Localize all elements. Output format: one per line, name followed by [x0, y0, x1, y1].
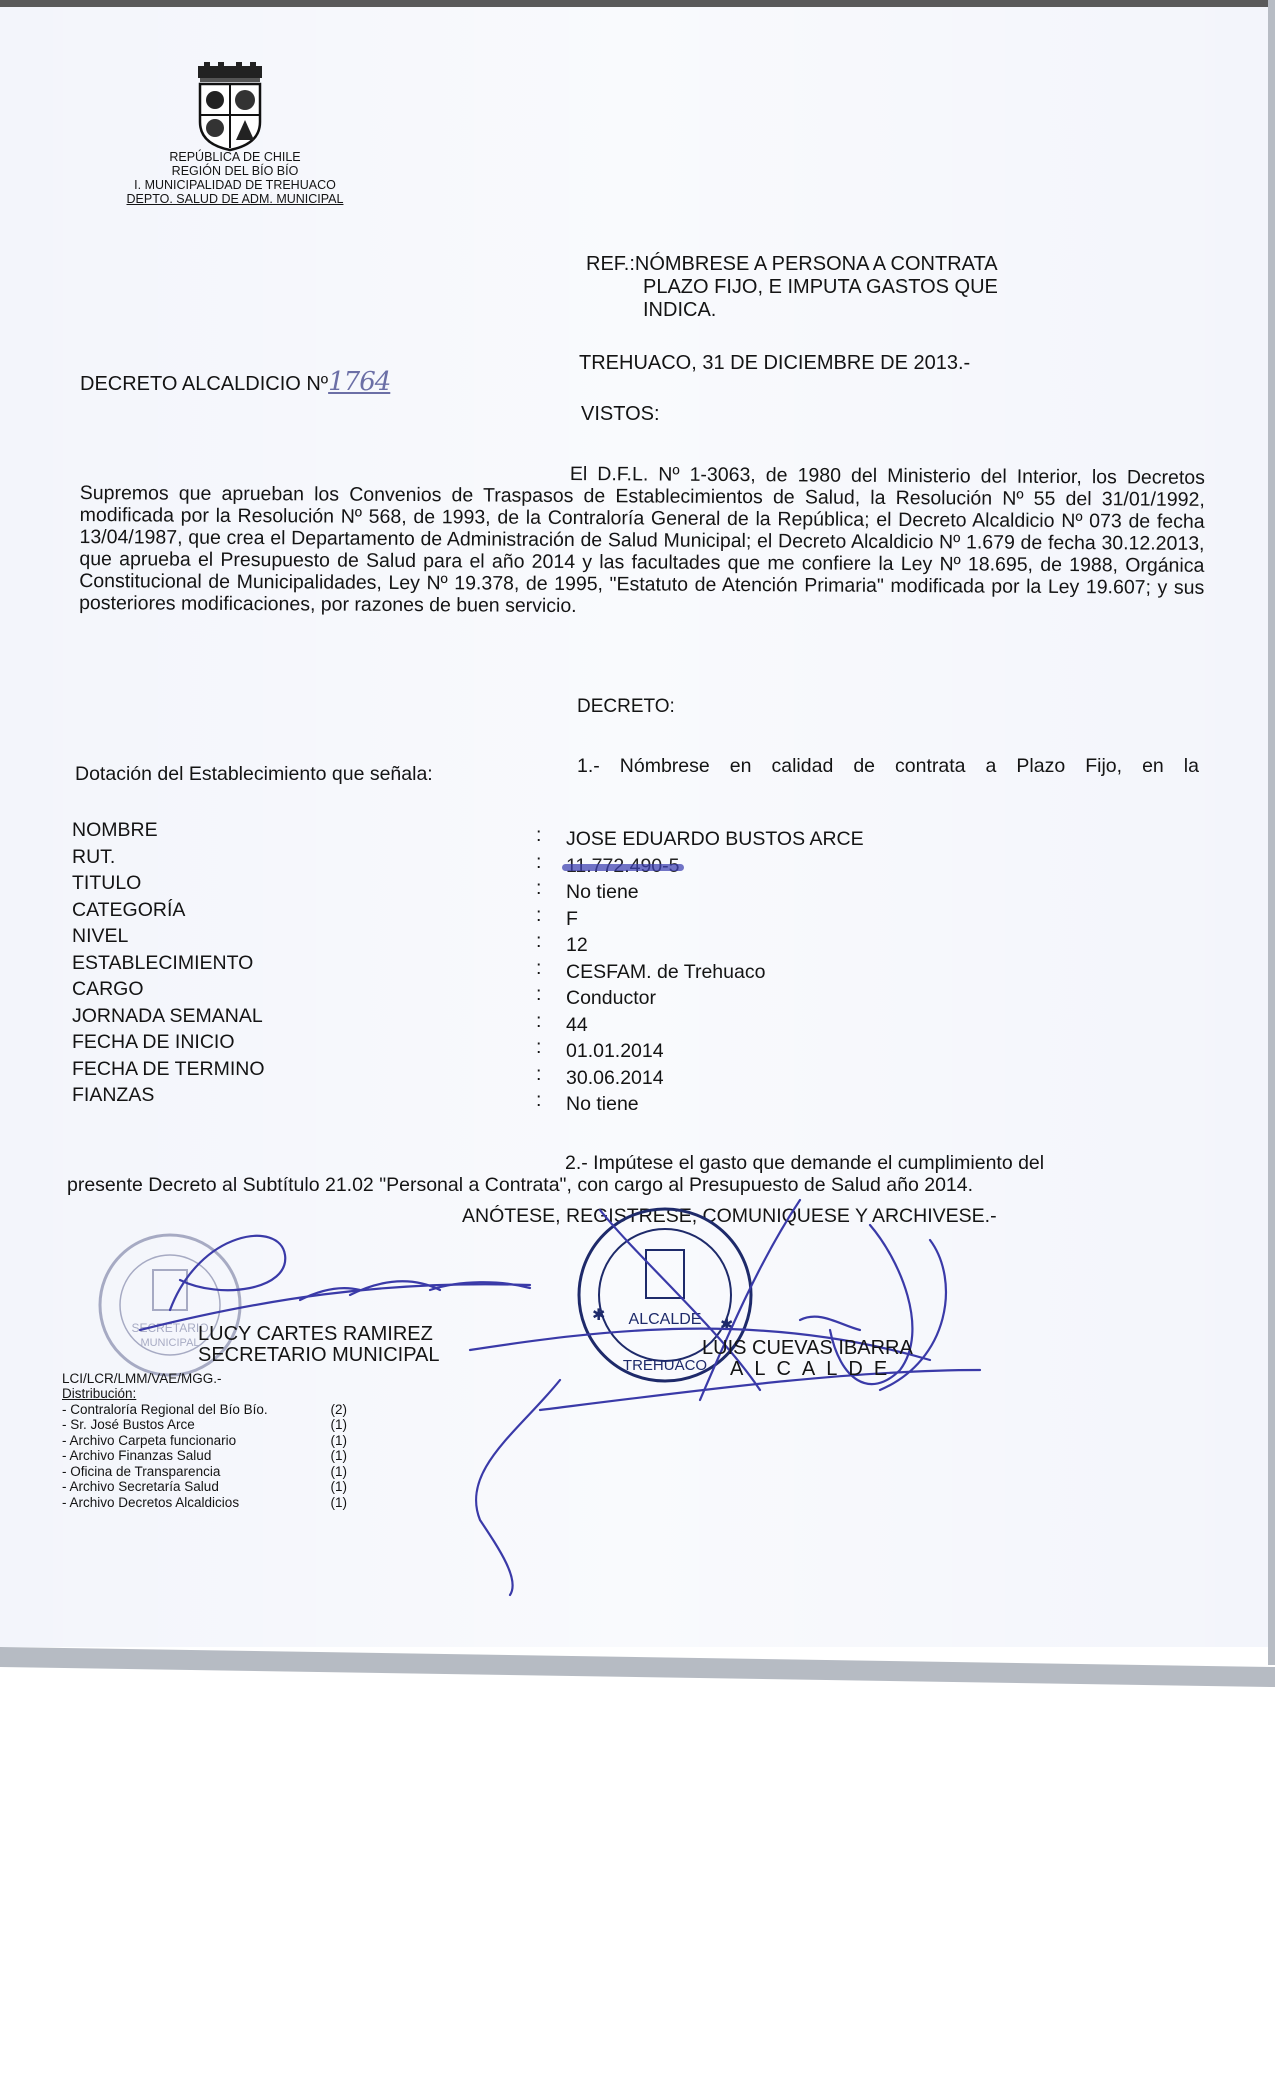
field-value-rut-redacted: 11.772.490-5	[566, 855, 680, 877]
recipient: - Sr. José Bustos Arce	[62, 1417, 195, 1433]
recipient: - Archivo Carpeta funcionario	[62, 1433, 236, 1449]
field-label: CATEGORÍA	[72, 897, 265, 924]
article-2: 2.- Impútese el gasto que demande el cum…	[67, 1152, 1197, 1196]
vistos-text: El D.F.L. Nº 1-3063, de 1980 del Ministe…	[79, 463, 1205, 617]
field-value-end-date: 30.06.2014	[566, 1065, 864, 1092]
ref-line: PLAZO FIJO, E IMPUTA GASTOS QUE	[586, 276, 1106, 299]
recipient: - Archivo Finanzas Salud	[62, 1448, 211, 1464]
fields-labels: NOMBRE RUT. TITULO CATEGORÍA NIVEL ESTAB…	[72, 817, 265, 1109]
fields-values: JOSE EDUARDO BUSTOS ARCE 11.772.490-5 No…	[566, 826, 864, 1118]
distribution-title: Distribución:	[62, 1386, 347, 1402]
article-1-text: 1.- Nómbrese en calidad de contrata a Pl…	[577, 755, 1199, 778]
scan-edge-top	[0, 0, 1275, 7]
header-department: DEPTO. SALUD DE ADM. MUNICIPAL	[115, 192, 355, 206]
field-value-title: No tiene	[566, 879, 864, 906]
distribution-list: Distribución: - Contraloría Regional del…	[62, 1386, 347, 1510]
field-value-establishment: CESFAM. de Trehuaco	[566, 959, 864, 986]
fields-separators: :::::::::::	[536, 822, 541, 1114]
scan-edge-right	[1268, 0, 1275, 1665]
copies: (1)	[331, 1448, 348, 1464]
mayor-title: ALCALDE	[702, 1359, 913, 1380]
decree-number-handwritten: 1764	[328, 367, 390, 397]
field-label: RUT.	[72, 844, 265, 871]
svg-text:ALCALDE: ALCALDE	[629, 1311, 702, 1328]
distribution-item: - Archivo Secretaría Salud(1)	[62, 1479, 347, 1495]
article-2-line: 2.- Impútese el gasto que demande el cum…	[565, 1152, 1044, 1174]
mayor-signature-block: LUIS CUEVAS IBARRA ALCALDE	[702, 1338, 913, 1380]
scan-edge-bottom	[0, 1647, 1275, 1687]
header-line: REPÚBLICA DE CHILE	[115, 150, 355, 164]
svg-text:SECRETARIO: SECRETARIO	[131, 1321, 208, 1335]
drafter-initials: LCI/LCR/LMM/VAE/MGG.-	[62, 1371, 222, 1386]
copies: (1)	[331, 1479, 348, 1495]
secretary-signature-block: LUCY CARTES RAMIREZ SECRETARIO MUNICIPAL	[198, 1324, 440, 1366]
municipal-coat-of-arms-icon	[190, 60, 270, 152]
field-label: JORNADA SEMANAL	[72, 1003, 265, 1030]
field-value-position: Conductor	[566, 985, 864, 1012]
field-value-category: F	[566, 906, 864, 933]
field-value-name: JOSE EDUARDO BUSTOS ARCE	[566, 826, 864, 853]
dotacion-text: Dotación del Establecimiento que señala:	[75, 763, 433, 786]
recipient: - Archivo Decretos Alcaldicios	[62, 1495, 239, 1511]
decree-number: DECRETO ALCALDICIO Nº1764	[80, 367, 390, 397]
ref-line: INDICA.	[586, 299, 1106, 322]
decree-number-label: DECRETO ALCALDICIO Nº	[80, 373, 328, 395]
recipient: - Contraloría Regional del Bío Bío.	[62, 1402, 268, 1418]
field-value-bonds: No tiene	[566, 1091, 864, 1118]
distribution-item: - Archivo Finanzas Salud(1)	[62, 1448, 347, 1464]
distribution-item: - Archivo Decretos Alcaldicios(1)	[62, 1495, 347, 1511]
distribution-item: - Oficina de Transparencia(1)	[62, 1464, 347, 1480]
copies: (1)	[331, 1495, 348, 1511]
field-label: FECHA DE INICIO	[72, 1029, 265, 1056]
field-label: ESTABLECIMIENTO	[72, 950, 265, 977]
secretary-title: SECRETARIO MUNICIPAL	[198, 1345, 440, 1366]
copies: (1)	[331, 1433, 348, 1449]
svg-text:TREHUACO: TREHUACO	[623, 1357, 707, 1374]
distribution-item: - Sr. José Bustos Arce(1)	[62, 1417, 347, 1433]
vistos-heading: VISTOS:	[581, 403, 660, 426]
vistos-paragraph: El D.F.L. Nº 1-3063, de 1980 del Ministe…	[79, 460, 1205, 621]
decreto-heading: DECRETO:	[577, 696, 675, 718]
distribution-item: - Archivo Carpeta funcionario(1)	[62, 1433, 347, 1449]
field-label: NOMBRE	[72, 817, 265, 844]
ref-line: REF.:NÓMBRESE A PERSONA A CONTRATA	[586, 253, 1106, 276]
field-label: FECHA DE TERMINO	[72, 1056, 265, 1083]
copies: (1)	[331, 1417, 348, 1433]
field-value-start-date: 01.01.2014	[566, 1038, 864, 1065]
field-value-weekly-hours: 44	[566, 1012, 864, 1039]
field-label: CARGO	[72, 976, 265, 1003]
secretary-name: LUCY CARTES RAMIREZ	[198, 1324, 440, 1345]
place-date: TREHUACO, 31 DE DICIEMBRE DE 2013.-	[579, 352, 970, 375]
svg-text:MUNICIPAL: MUNICIPAL	[140, 1337, 199, 1349]
distribution-item: - Contraloría Regional del Bío Bío.(2)	[62, 1402, 347, 1418]
field-label: FIANZAS	[72, 1082, 265, 1109]
issuer-header: REPÚBLICA DE CHILE REGIÓN DEL BÍO BÍO I.…	[115, 150, 355, 206]
field-label: NIVEL	[72, 923, 265, 950]
field-value-level: 12	[566, 932, 864, 959]
svg-text:✱: ✱	[720, 1317, 733, 1334]
recipient: - Oficina de Transparencia	[62, 1464, 220, 1480]
copies: (2)	[331, 1402, 348, 1418]
mayor-name: LUIS CUEVAS IBARRA	[702, 1338, 913, 1359]
header-line: I. MUNICIPALIDAD DE TREHUACO	[115, 178, 355, 192]
copies: (1)	[331, 1464, 348, 1480]
field-label: TITULO	[72, 870, 265, 897]
svg-text:✱: ✱	[592, 1307, 605, 1324]
recipient: - Archivo Secretaría Salud	[62, 1479, 219, 1495]
article-2-line: presente Decreto al Subtítulo 21.02 "Per…	[67, 1174, 1197, 1196]
header-line: REGIÓN DEL BÍO BÍO	[115, 164, 355, 178]
reference-block: REF.:NÓMBRESE A PERSONA A CONTRATA PLAZO…	[586, 253, 1106, 322]
